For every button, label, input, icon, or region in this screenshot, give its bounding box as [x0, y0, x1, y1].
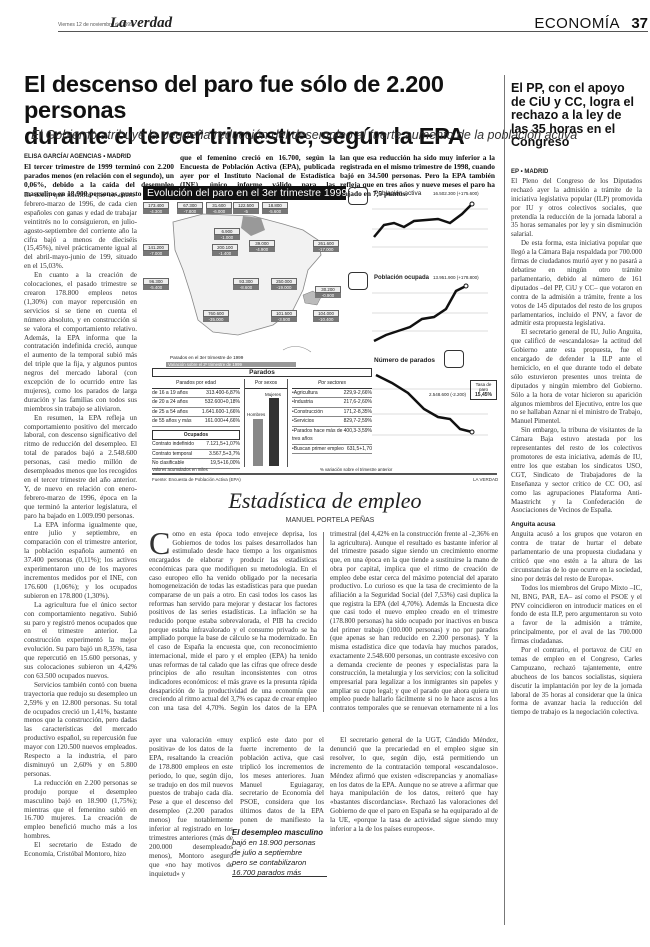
cell-label: Contrato temporal: [152, 450, 209, 459]
region-parados: 30.200: [315, 286, 341, 293]
cell-label: de 16 a 19 años: [152, 389, 206, 398]
opinion-text-1: omo en esta época todo envejece deprisa,…: [149, 530, 317, 712]
map-region-label: 30.200-0.900: [315, 286, 341, 298]
cell-label: de 25 a 54 años: [152, 408, 202, 417]
parados-por-sexos: Por sexos Mujeres Hombres: [244, 379, 288, 467]
pull-quote-line: El desempleo masculino: [232, 828, 332, 838]
sidebar-body: EP • MADRID El Pleno del Congreso de los…: [511, 168, 642, 938]
region-parados: 18.800: [262, 202, 288, 209]
sidebar-subhead: Anguita acusa: [511, 521, 642, 530]
cell-change: +1,07%: [223, 440, 240, 449]
opinion-author: MANUEL PORTELA PEÑAS: [270, 517, 390, 524]
continuation-column-b-top: explicó este dato por el fuerte incremen…: [240, 736, 324, 826]
infographic-credit: LA VERDAD: [473, 477, 498, 482]
masthead: Viernes 12 de noviembre de 1999 La verda…: [58, 16, 648, 32]
cell-value: 7.121,5: [206, 440, 223, 449]
body-paragraph: El secretario de Estado de Economía, Cri…: [24, 841, 137, 859]
cell-value: 313.400: [206, 389, 224, 398]
cell-label: •Parados hace más de tres años: [292, 427, 344, 444]
table-row: de 55 años y más161.000+4,66%: [152, 417, 240, 427]
map-legend-parados: Parados en el 3er trimestre de 1999: [170, 355, 243, 360]
spain-map: 173.400-4.30067.300-7.80031.600-6.000122…: [143, 200, 346, 358]
pointing-hand-icon: [444, 350, 464, 368]
cell-label: de 20 a 24 años: [152, 398, 205, 407]
map-region-label: 200.100-1.400: [212, 244, 238, 256]
map-region-label: 122.500-5: [233, 202, 259, 214]
region-parados: 250.000: [271, 278, 297, 285]
map-region-label: 96.300-5.400: [143, 278, 169, 290]
map-region-label: 39.000-4.900: [249, 240, 275, 252]
pull-quote-line: bajó en 18.900 personas: [232, 838, 332, 848]
map-legend-variacion: Variación sobre el 2º trimestre de 1999: [166, 362, 296, 367]
pull-quote-rule: [232, 876, 327, 877]
body-paragraph: En cuanto a la creación de colocaciones,…: [24, 271, 137, 414]
region-variacion: -4.900: [249, 247, 275, 252]
sidebar-paragraph: El secretario general de IU, Julio Angui…: [511, 328, 642, 426]
poblacion-ocupada-chart: [368, 283, 493, 345]
region-variacion: -0.900: [315, 293, 341, 298]
pull-quote-line: de julio a septiembre: [232, 848, 332, 858]
cell-label: •Construcción: [292, 408, 344, 417]
cell-value: 161.000: [205, 417, 223, 426]
region-parados: 173.400: [143, 202, 169, 209]
chart-title-poblacion-ocupada: Población ocupada: [374, 275, 429, 281]
por-edad-header: Parados por edad: [152, 379, 240, 389]
cell-label: •Servicios: [292, 417, 344, 426]
chart-title-numero-parados: Número de parados: [374, 357, 435, 364]
chart-value-poblacion-ocupada: 13.951.900 (+178.800): [433, 275, 479, 280]
sidebar-byline: EP • MADRID: [511, 168, 642, 177]
region-variacion: -1.000: [214, 235, 240, 240]
hombres-bar: [253, 419, 263, 466]
region-parados: 31.600: [206, 202, 232, 209]
sidebar-paragraph: Sin embargo, la tribuna de visitantes de…: [511, 426, 642, 515]
region-variacion: -19.000: [271, 285, 297, 290]
page-number: 37: [631, 15, 648, 32]
workforce-icon: [348, 187, 368, 205]
region-variacion: -8.600: [233, 285, 259, 290]
tasa-value: 15,45%: [472, 392, 495, 398]
cell-value: 532.600: [205, 398, 223, 407]
region-variacion: -5.600: [262, 209, 288, 214]
continuation-column-a: ayer una valoración «muy positiva» de lo…: [149, 736, 233, 944]
map-region-label: 760.600-35.000: [203, 310, 229, 322]
chart-value-numero-parados: 2.548.600 (-2.200): [426, 392, 466, 397]
cell-label: •Buscan primer empleo: [292, 445, 347, 454]
cell-value: 3.567,5: [209, 450, 226, 459]
parados-por-edad: Parados por edad de 16 a 19 años313.400-…: [152, 379, 240, 469]
region-variacion: -4.300: [143, 209, 169, 214]
body-paragraph: En resumen, la EPA refleja un comportami…: [24, 414, 137, 521]
region-parados: 93.300: [233, 278, 259, 285]
region-parados: 261.600: [313, 240, 339, 247]
cell-change: -1,66%: [224, 408, 240, 417]
region-variacion: -10.400: [313, 317, 339, 322]
sidebar-paragraph: Anguita acusó a los grupos que votaron e…: [511, 530, 642, 583]
cell-label: •Industria: [292, 398, 344, 407]
main-body-column: Es decir, que mientras que en enero-febr…: [24, 191, 137, 931]
opinion-title: Estadística de empleo: [210, 488, 440, 514]
region-parados: 760.600: [203, 310, 229, 317]
region-variacion: -1.400: [212, 251, 238, 256]
opinion-column-1: Como en esta época todo envejece deprisa…: [149, 530, 317, 712]
newspaper-logo: La verdad: [110, 15, 172, 32]
headline-line-1: El descenso del paro fue sólo de 2.200 p…: [24, 71, 494, 123]
cell-change: +0,18%: [223, 398, 240, 407]
region-variacion: -7.800: [177, 209, 203, 214]
table-row: Contrato indefinido7.121,5+1,07%: [152, 440, 240, 450]
table-row: de 16 a 19 años313.400-6,87%: [152, 389, 240, 399]
sidebar-headline: El PP, con el apoyo de CiU y CC, logra e…: [511, 82, 641, 150]
region-variacion: -6.000: [206, 209, 232, 214]
map-region-label: 18.800-5.600: [262, 202, 288, 214]
cell-change: +4,66%: [223, 417, 240, 426]
region-variacion: -5.400: [143, 285, 169, 290]
sidebar-paragraph: De esta forma, esta iniciativa popular q…: [511, 239, 642, 328]
opinion-column-2: trimestral (del 4,42% en la construcción…: [330, 530, 498, 712]
region-variacion: -35.000: [203, 317, 229, 322]
parados-table-title: Parados: [152, 368, 372, 377]
chart-value-poblacion-activa: 16.502.300 (+175.600): [433, 191, 479, 196]
dropcap: C: [149, 530, 170, 556]
tasa-label: Tasa de paro: [472, 382, 495, 392]
body-paragraph: La reducción en 2.200 personas se produj…: [24, 779, 137, 841]
map-region-label: 101.500-3.500: [271, 310, 297, 322]
continuation-text-c: El secretario general de la UGT, Cándido…: [330, 736, 498, 834]
map-region-label: 261.600-17.000: [313, 240, 339, 252]
region-variacion: -5: [233, 209, 259, 214]
cell-value: 1.641.600: [202, 408, 224, 417]
subheadline: El Gobierno atribuye la pequeña reducció…: [31, 128, 501, 142]
infographic-source: Fuente: Encuesta de Población Activa (EP…: [152, 477, 241, 482]
pull-quote: El desempleo masculino bajó en 18.900 pe…: [232, 828, 332, 878]
cell-change: +16,00%: [220, 459, 240, 468]
table-row: de 25 a 54 años1.641.600-1,66%: [152, 408, 240, 418]
cell-change: +3,7%: [226, 450, 240, 459]
body-paragraph: La agricultura fue el único sector con c…: [24, 601, 137, 681]
map-region-label: 6.900-1.000: [214, 228, 240, 240]
line-charts-panel: Población activa 16.502.300 (+175.600) P…: [348, 187, 498, 452]
chart-title-poblacion-activa: Población activa: [374, 190, 421, 197]
map-region-label: 141.200-7.000: [143, 244, 169, 256]
column-divider: [323, 532, 324, 712]
region-parados: 96.300: [143, 278, 169, 285]
region-parados: 6.900: [214, 228, 240, 235]
por-sexos-header: Por sexos: [245, 379, 287, 389]
region-parados: 67.300: [177, 202, 203, 209]
infographic-divider: [152, 473, 497, 475]
map-region-label: 250.000-19.000: [271, 278, 297, 290]
region-parados: 200.100: [212, 244, 238, 251]
pull-quote-line: pero se contabilizaron: [232, 858, 332, 868]
region-parados: 104.000: [313, 310, 339, 317]
section-name: ECONOMÍA: [534, 15, 620, 32]
sidebar-divider: [504, 75, 505, 925]
tasa-paro-box: Tasa de paro 15,45%: [470, 380, 497, 400]
region-parados: 141.200: [143, 244, 169, 251]
map-region-label: 31.600-6.000: [206, 202, 232, 214]
continuation-text-a: ayer una valoración «muy positiva» de lo…: [149, 736, 233, 878]
poblacion-activa-chart: [368, 199, 493, 261]
region-parados: 101.500: [271, 310, 297, 317]
map-region-label: 93.300-8.600: [233, 278, 259, 290]
sidebar-paragraph: Por el contrario, el portavoz de CiU en …: [511, 646, 642, 717]
region-parados: 39.000: [249, 240, 275, 247]
cell-label: Contrato indefinido: [152, 440, 206, 449]
map-region-label: 173.400-4.300: [143, 202, 169, 214]
region-variacion: -7.000: [143, 251, 169, 256]
mujeres-bar: [269, 398, 279, 466]
region-parados: 122.500: [233, 202, 259, 209]
cell-label: •Agricultura: [292, 389, 344, 398]
map-region-label: 67.300-7.800: [177, 202, 203, 214]
continuation-text-b: explicó este dato por el fuerte incremen…: [240, 736, 324, 826]
body-paragraph: Es decir, que mientras que en enero-febr…: [24, 191, 137, 271]
cell-label: de 55 años y más: [152, 417, 205, 426]
sidebar-paragraph: El Pleno del Congreso de los Diputados r…: [511, 177, 642, 239]
cell-value: 19,5: [210, 459, 220, 468]
cell-change: -6,87%: [224, 389, 240, 398]
ocupados-header: Ocupados: [152, 430, 240, 441]
table-row: de 20 a 24 años532.600+0,18%: [152, 398, 240, 408]
continuation-column-c: El secretario general de la UGT, Cándido…: [330, 736, 498, 944]
table-row: Contrato temporal3.567,5+3,7%: [152, 450, 240, 460]
body-paragraph: Servicios también contó con buena trayec…: [24, 681, 137, 779]
region-variacion: -3.500: [271, 317, 297, 322]
byline: ELISA GARCÍA/ AGENCIAS • MADRID: [24, 153, 174, 162]
region-variacion: -17.000: [313, 247, 339, 252]
body-paragraph: La EPA informa igualmente que, entre jul…: [24, 521, 137, 601]
map-region-label: 104.000-10.400: [313, 310, 339, 322]
employed-icon: [348, 272, 368, 290]
sidebar-paragraph: Todos los miembros del Grupo Mixto –IC, …: [511, 584, 642, 646]
infographic-title: Evolución del paro en el 3er trimestre 1…: [143, 186, 346, 200]
